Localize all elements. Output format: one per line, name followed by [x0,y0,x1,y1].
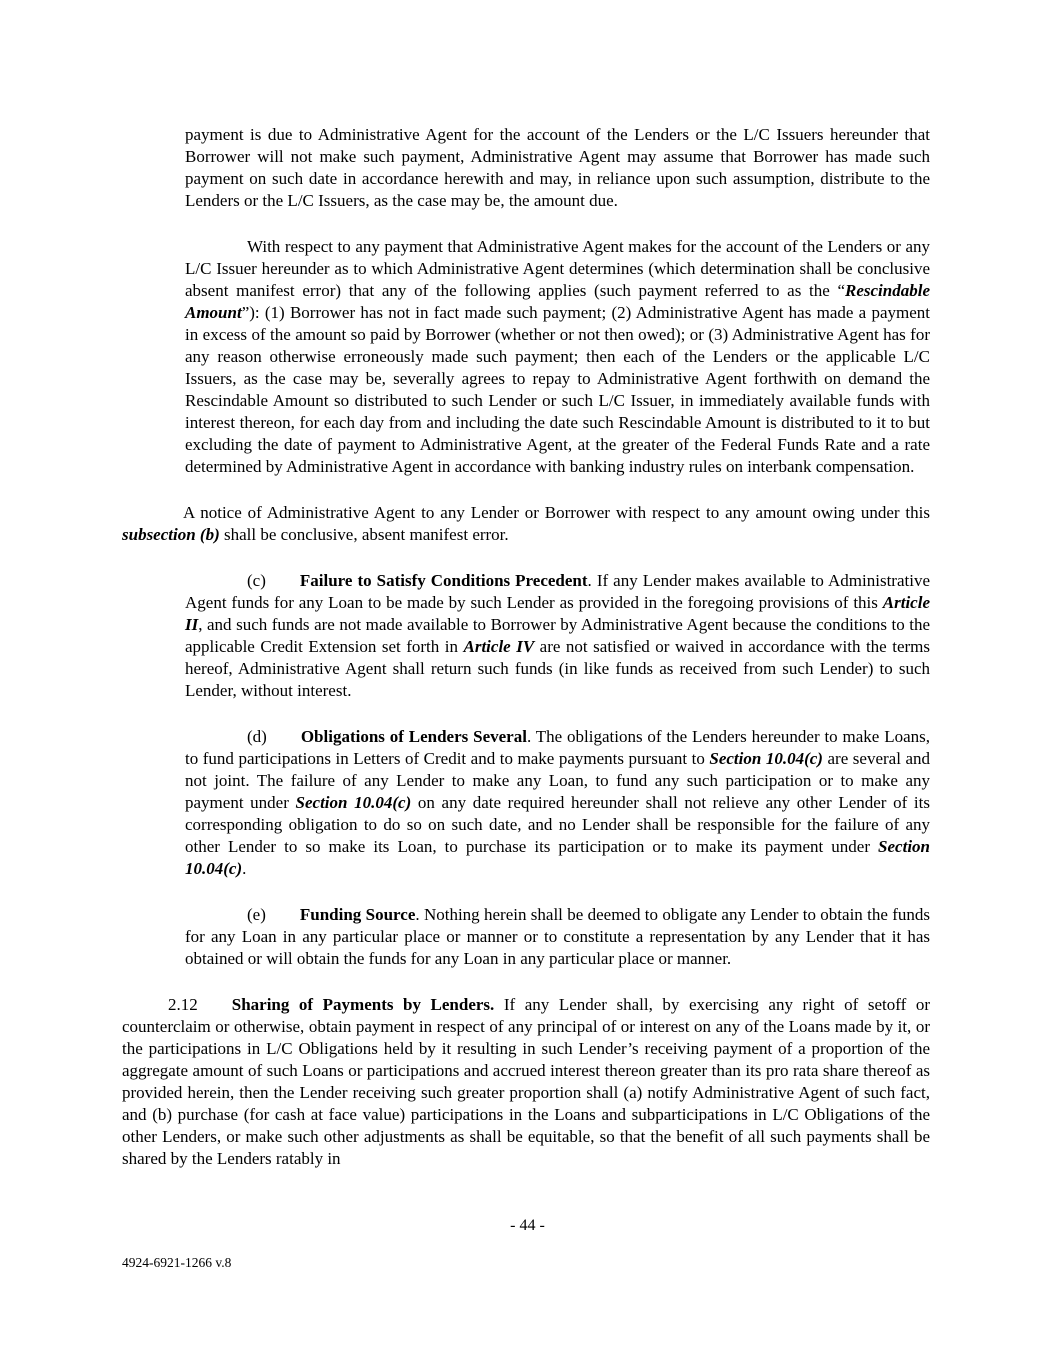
paragraph-rescindable-amount: With respect to any payment that Adminis… [185,236,930,478]
paragraph-notice-conclusive: A notice of Administrative Agent to any … [122,502,930,546]
document-id: 4924-6921-1266 v.8 [122,1254,231,1271]
paragraph-d-obligations-several: (d)Obligations of Lenders Several. The o… [185,726,930,880]
page-number: - 44 - [0,1216,1055,1236]
paragraph-c-failure-conditions: (c)Failure to Satisfy Conditions Precede… [185,570,930,702]
paragraph-2-12-sharing-payments: 2.12Sharing of Payments by Lenders. If a… [122,994,930,1170]
paragraph-e-funding-source: (e)Funding Source. Nothing herein shall … [185,904,930,970]
document-body: payment is due to Administrative Agent f… [122,124,930,1170]
document-page: payment is due to Administrative Agent f… [0,0,1055,1365]
paragraph-payment-assumption: payment is due to Administrative Agent f… [185,124,930,212]
